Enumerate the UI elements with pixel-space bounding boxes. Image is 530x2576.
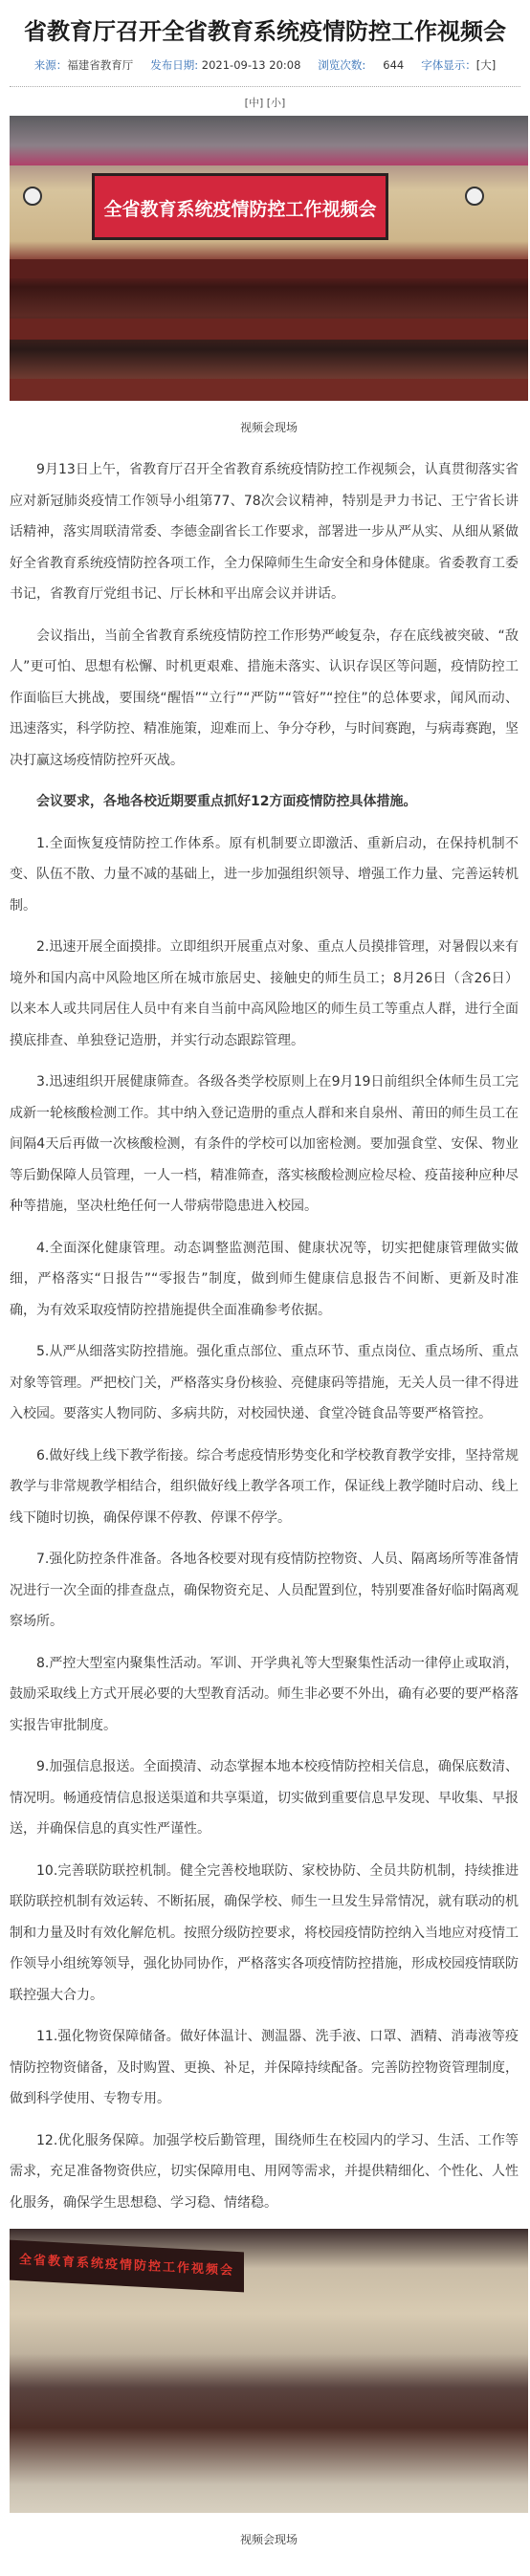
paragraph: 3.迅速组织开展健康筛查。各级各类学校原则上在9月19日前组织全体师生员工完成新…: [10, 1067, 519, 1222]
article-meta: 来源：福建省教育厅 发布日期: 2021-09-13 20:08 浏览次数:64…: [0, 48, 530, 82]
ceiling: [10, 116, 528, 165]
paragraph: 7.强化防控条件准备。各地各校要对现有疫情防控物资、人员、隔离场所等准备情况进行…: [10, 1544, 519, 1638]
date-label: 发布日期:: [150, 58, 198, 72]
article-body: 9月13日上午，省教育厅召开全省教育系统疫情防控工作视频会，认真贯彻落实省应对新…: [0, 454, 530, 2218]
paragraph-emphasis: 会议要求，各地各校近期要重点抓好12方面疫情防控具体措施。: [10, 786, 519, 818]
photo-caption: 视频会现场: [10, 401, 528, 454]
view-count: 浏览次数:644: [318, 48, 404, 82]
figure-1: 全省教育系统疫情防控工作视频会 视频会现场: [10, 116, 528, 454]
paragraph: 11.强化物资保障储备。做好体温计、测温器、洗手液、口罩、酒精、消毒液等疫情防控…: [10, 2021, 519, 2115]
font-size-control: 字体显示：[大]: [421, 48, 496, 82]
font-size-label: 字体显示：: [421, 58, 476, 72]
desk: [10, 319, 528, 340]
clock-icon: [465, 187, 484, 206]
paragraph: 1.全面恢复疫情防控工作体系。原有机制要立即激活、重新启动，在保持机制不变、队伍…: [10, 828, 519, 922]
paragraph: 12.优化服务保障。加强学校后勤管理，围绕师生在校园内的学习、生活、工作等需求，…: [10, 2125, 519, 2219]
paragraph: 4.全面深化健康管理。动态调整监测范围、健康状况等，切实把健康管理做实做细，严格…: [10, 1233, 519, 1327]
paragraph: 2.迅速开展全面摸排。立即组织开展重点对象、重点人员摸排管理，对暑假以来有境外和…: [10, 932, 519, 1056]
clock-icon: [23, 187, 42, 206]
font-size-switch: [中] [小]: [0, 91, 530, 116]
publish-date: 发布日期: 2021-09-13 20:08: [150, 48, 300, 82]
paragraph: 9月13日上午，省教育厅召开全省教育系统疫情防控工作视频会，认真贯彻落实省应对新…: [10, 454, 519, 610]
meeting-photo-2: 全省教育系统疫情防控工作视频会: [10, 2229, 528, 2513]
paragraph: 5.从严从细落实防控措施。强化重点部位、重点环节、重点岗位、重点场所、重点对象等…: [10, 1336, 519, 1430]
paragraph: 会议指出，当前全省教育系统疫情防控工作形势严峻复杂，存在底线被突破、“敌人”更可…: [10, 621, 519, 777]
views-label: 浏览次数:: [318, 58, 365, 72]
source-value: 福建省教育厅: [67, 58, 133, 72]
font-medium-button[interactable]: [中]: [245, 97, 264, 109]
date-value: 2021-09-13 20:08: [202, 58, 301, 72]
source-label: 来源：: [34, 58, 68, 72]
paragraph: 8.严控大型室内聚集性活动。军训、开学典礼等大型聚集性活动一律停止或取消，鼓励采…: [10, 1648, 519, 1742]
paragraph: 6.做好线上线下教学衔接。综合考虑疫情形势变化和学校教育教学安排，坚持常规教学与…: [10, 1441, 519, 1534]
article: 省教育厅召开全省教育系统疫情防控工作视频会 来源：福建省教育厅 发布日期: 20…: [0, 0, 530, 2576]
paragraph: 10.完善联防联控机制。健全完善校地联防、家校协防、全员共防机制，持续推进联防联…: [10, 1856, 519, 2012]
photo-caption: 视频会现场: [10, 2513, 528, 2566]
divider: [10, 86, 520, 87]
paragraph: 9.加强信息报送。全面摸清、动态掌握本地本校疫情防控相关信息，确保底数清、情况明…: [10, 1751, 519, 1845]
photo-banner: 全省教育系统疫情防控工作视频会: [10, 2240, 244, 2293]
figure-2: 全省教育系统疫情防控工作视频会 视频会现场: [10, 2229, 528, 2566]
desk: [10, 379, 528, 401]
page-title: 省教育厅召开全省教育系统疫情防控工作视频会: [0, 0, 530, 48]
font-large-button[interactable]: [大]: [476, 58, 496, 72]
font-small-button[interactable]: [小]: [267, 97, 286, 109]
source-info: 来源：福建省教育厅: [34, 48, 134, 82]
meeting-photo-1: 全省教育系统疫情防控工作视频会: [10, 116, 528, 401]
desk: [10, 259, 528, 278]
views-value: 644: [383, 58, 404, 72]
photo-banner: 全省教育系统疫情防控工作视频会: [92, 173, 388, 240]
